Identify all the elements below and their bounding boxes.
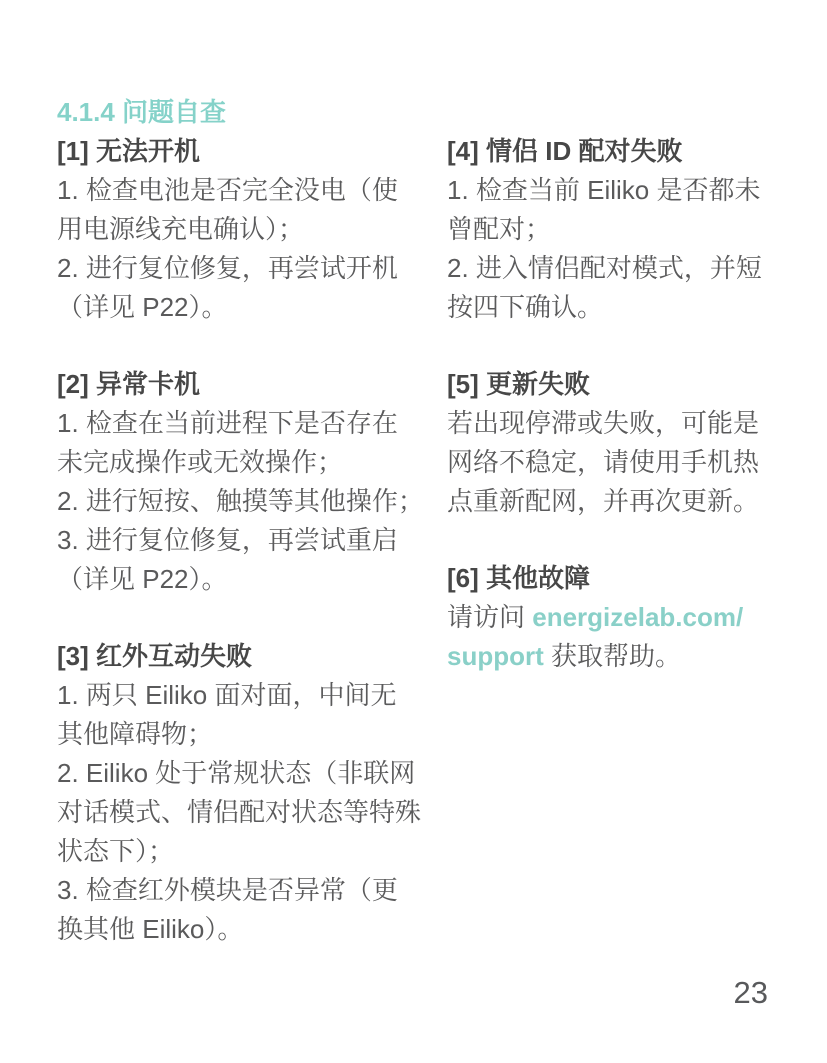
- body-text: 1. 两只 Eiliko 面对面，中间无: [57, 680, 397, 710]
- body-line: 换其他 Eiliko）。: [57, 910, 447, 949]
- body-line: 2. 进行复位修复，再尝试开机: [57, 249, 447, 288]
- body-text: 2. Eiliko 处于常规状态（非联网: [57, 758, 415, 788]
- body-line: 1. 两只 Eiliko 面对面，中间无: [57, 676, 447, 715]
- section-title: 4.1.4 问题自查: [57, 93, 777, 132]
- body-text: 获取帮助。: [544, 641, 681, 671]
- left-column: [1] 无法开机1. 检查电池是否完全没电（使用电源线充电确认）；2. 进行复位…: [57, 132, 447, 949]
- body-line: 1. 检查电池是否完全没电（使: [57, 171, 447, 210]
- troubleshoot-section-problem-1: [1] 无法开机1. 检查电池是否完全没电（使用电源线充电确认）；2. 进行复位…: [57, 132, 447, 327]
- body-text: 按四下确认。: [447, 292, 603, 322]
- body-line: 状态下）；: [57, 832, 447, 871]
- body-text: 换其他 Eiliko）。: [57, 914, 243, 944]
- troubleshoot-section-problem-5: [5] 更新失败若出现停滞或失败，可能是网络不稳定，请使用手机热点重新配网，并再…: [447, 365, 777, 521]
- body-text: 1. 检查在当前进程下是否存在: [57, 408, 398, 438]
- body-line: 2. 进入情侣配对模式，并短: [447, 249, 777, 288]
- body-text: （详见 P22）。: [57, 564, 228, 594]
- body-line: （详见 P22）。: [57, 288, 447, 327]
- manual-page: 4.1.4 问题自查 [1] 无法开机1. 检查电池是否完全没电（使用电源线充电…: [0, 0, 827, 1063]
- body-line: 请访问 energizelab.com/: [447, 598, 777, 637]
- section-heading: [3] 红外互动失败: [57, 637, 447, 676]
- body-line: 1. 检查在当前进程下是否存在: [57, 404, 447, 443]
- body-text: 3. 检查红外模块是否异常（更: [57, 875, 398, 905]
- body-line: （详见 P22）。: [57, 560, 447, 599]
- body-line: 用电源线充电确认）；: [57, 210, 447, 249]
- page-number: 23: [734, 974, 768, 1012]
- body-text: 2. 进入情侣配对模式，并短: [447, 253, 762, 283]
- troubleshoot-section-problem-4: [4] 情侣 ID 配对失败1. 检查当前 Eiliko 是否都未曾配对；2. …: [447, 132, 777, 327]
- body-line: 2. 进行短按、触摸等其他操作；: [57, 482, 447, 521]
- body-line: 3. 检查红外模块是否异常（更: [57, 871, 447, 910]
- body-line: 按四下确认。: [447, 288, 777, 327]
- body-line: 1. 检查当前 Eiliko 是否都未: [447, 171, 777, 210]
- body-text: 其他障碍物；: [57, 719, 213, 749]
- page-content: 4.1.4 问题自查 [1] 无法开机1. 检查电池是否完全没电（使用电源线充电…: [57, 93, 777, 949]
- body-text: 2. 进行短按、触摸等其他操作；: [57, 486, 424, 516]
- body-line: 未完成操作或无效操作；: [57, 443, 447, 482]
- troubleshoot-section-problem-6: [6] 其他故障请访问 energizelab.com/support 获取帮助…: [447, 559, 777, 676]
- section-heading: [2] 异常卡机: [57, 365, 447, 404]
- body-text: 1. 检查当前 Eiliko 是否都未: [447, 175, 761, 205]
- body-line: 若出现停滞或失败，可能是: [447, 404, 777, 443]
- body-line: 对话模式、情侣配对状态等特殊: [57, 793, 447, 832]
- body-text: 点重新配网，并再次更新。: [447, 486, 759, 516]
- body-text: 对话模式、情侣配对状态等特殊: [57, 797, 421, 827]
- body-text: （详见 P22）。: [57, 292, 228, 322]
- body-text: 2. 进行复位修复，再尝试开机: [57, 253, 398, 283]
- body-line: 其他障碍物；: [57, 715, 447, 754]
- body-line: 曾配对；: [447, 210, 777, 249]
- section-heading: [5] 更新失败: [447, 365, 777, 404]
- section-heading: [6] 其他故障: [447, 559, 777, 598]
- troubleshoot-section-problem-3: [3] 红外互动失败1. 两只 Eiliko 面对面，中间无其他障碍物；2. E…: [57, 637, 447, 949]
- two-column-layout: [1] 无法开机1. 检查电池是否完全没电（使用电源线充电确认）；2. 进行复位…: [57, 132, 777, 949]
- support-url-link[interactable]: energizelab.com/: [532, 602, 743, 632]
- body-text: 1. 检查电池是否完全没电（使: [57, 175, 398, 205]
- section-heading: [1] 无法开机: [57, 132, 447, 171]
- body-text: 若出现停滞或失败，可能是: [447, 408, 759, 438]
- right-column: [4] 情侣 ID 配对失败1. 检查当前 Eiliko 是否都未曾配对；2. …: [447, 132, 777, 676]
- body-line: 2. Eiliko 处于常规状态（非联网: [57, 754, 447, 793]
- body-text: 用电源线充电确认）；: [57, 214, 304, 244]
- body-line: 3. 进行复位修复，再尝试重启: [57, 521, 447, 560]
- body-text: 未完成操作或无效操作；: [57, 447, 343, 477]
- troubleshoot-section-problem-2: [2] 异常卡机1. 检查在当前进程下是否存在未完成操作或无效操作；2. 进行短…: [57, 365, 447, 599]
- body-text: 网络不稳定，请使用手机热: [447, 447, 759, 477]
- body-text: 状态下）；: [57, 836, 174, 866]
- body-line: 网络不稳定，请使用手机热: [447, 443, 777, 482]
- section-heading: [4] 情侣 ID 配对失败: [447, 132, 777, 171]
- body-line: support 获取帮助。: [447, 637, 777, 676]
- support-url-link[interactable]: support: [447, 641, 544, 671]
- body-text: 请访问: [447, 602, 532, 632]
- body-text: 3. 进行复位修复，再尝试重启: [57, 525, 398, 555]
- body-line: 点重新配网，并再次更新。: [447, 482, 777, 521]
- body-text: 曾配对；: [447, 214, 551, 244]
